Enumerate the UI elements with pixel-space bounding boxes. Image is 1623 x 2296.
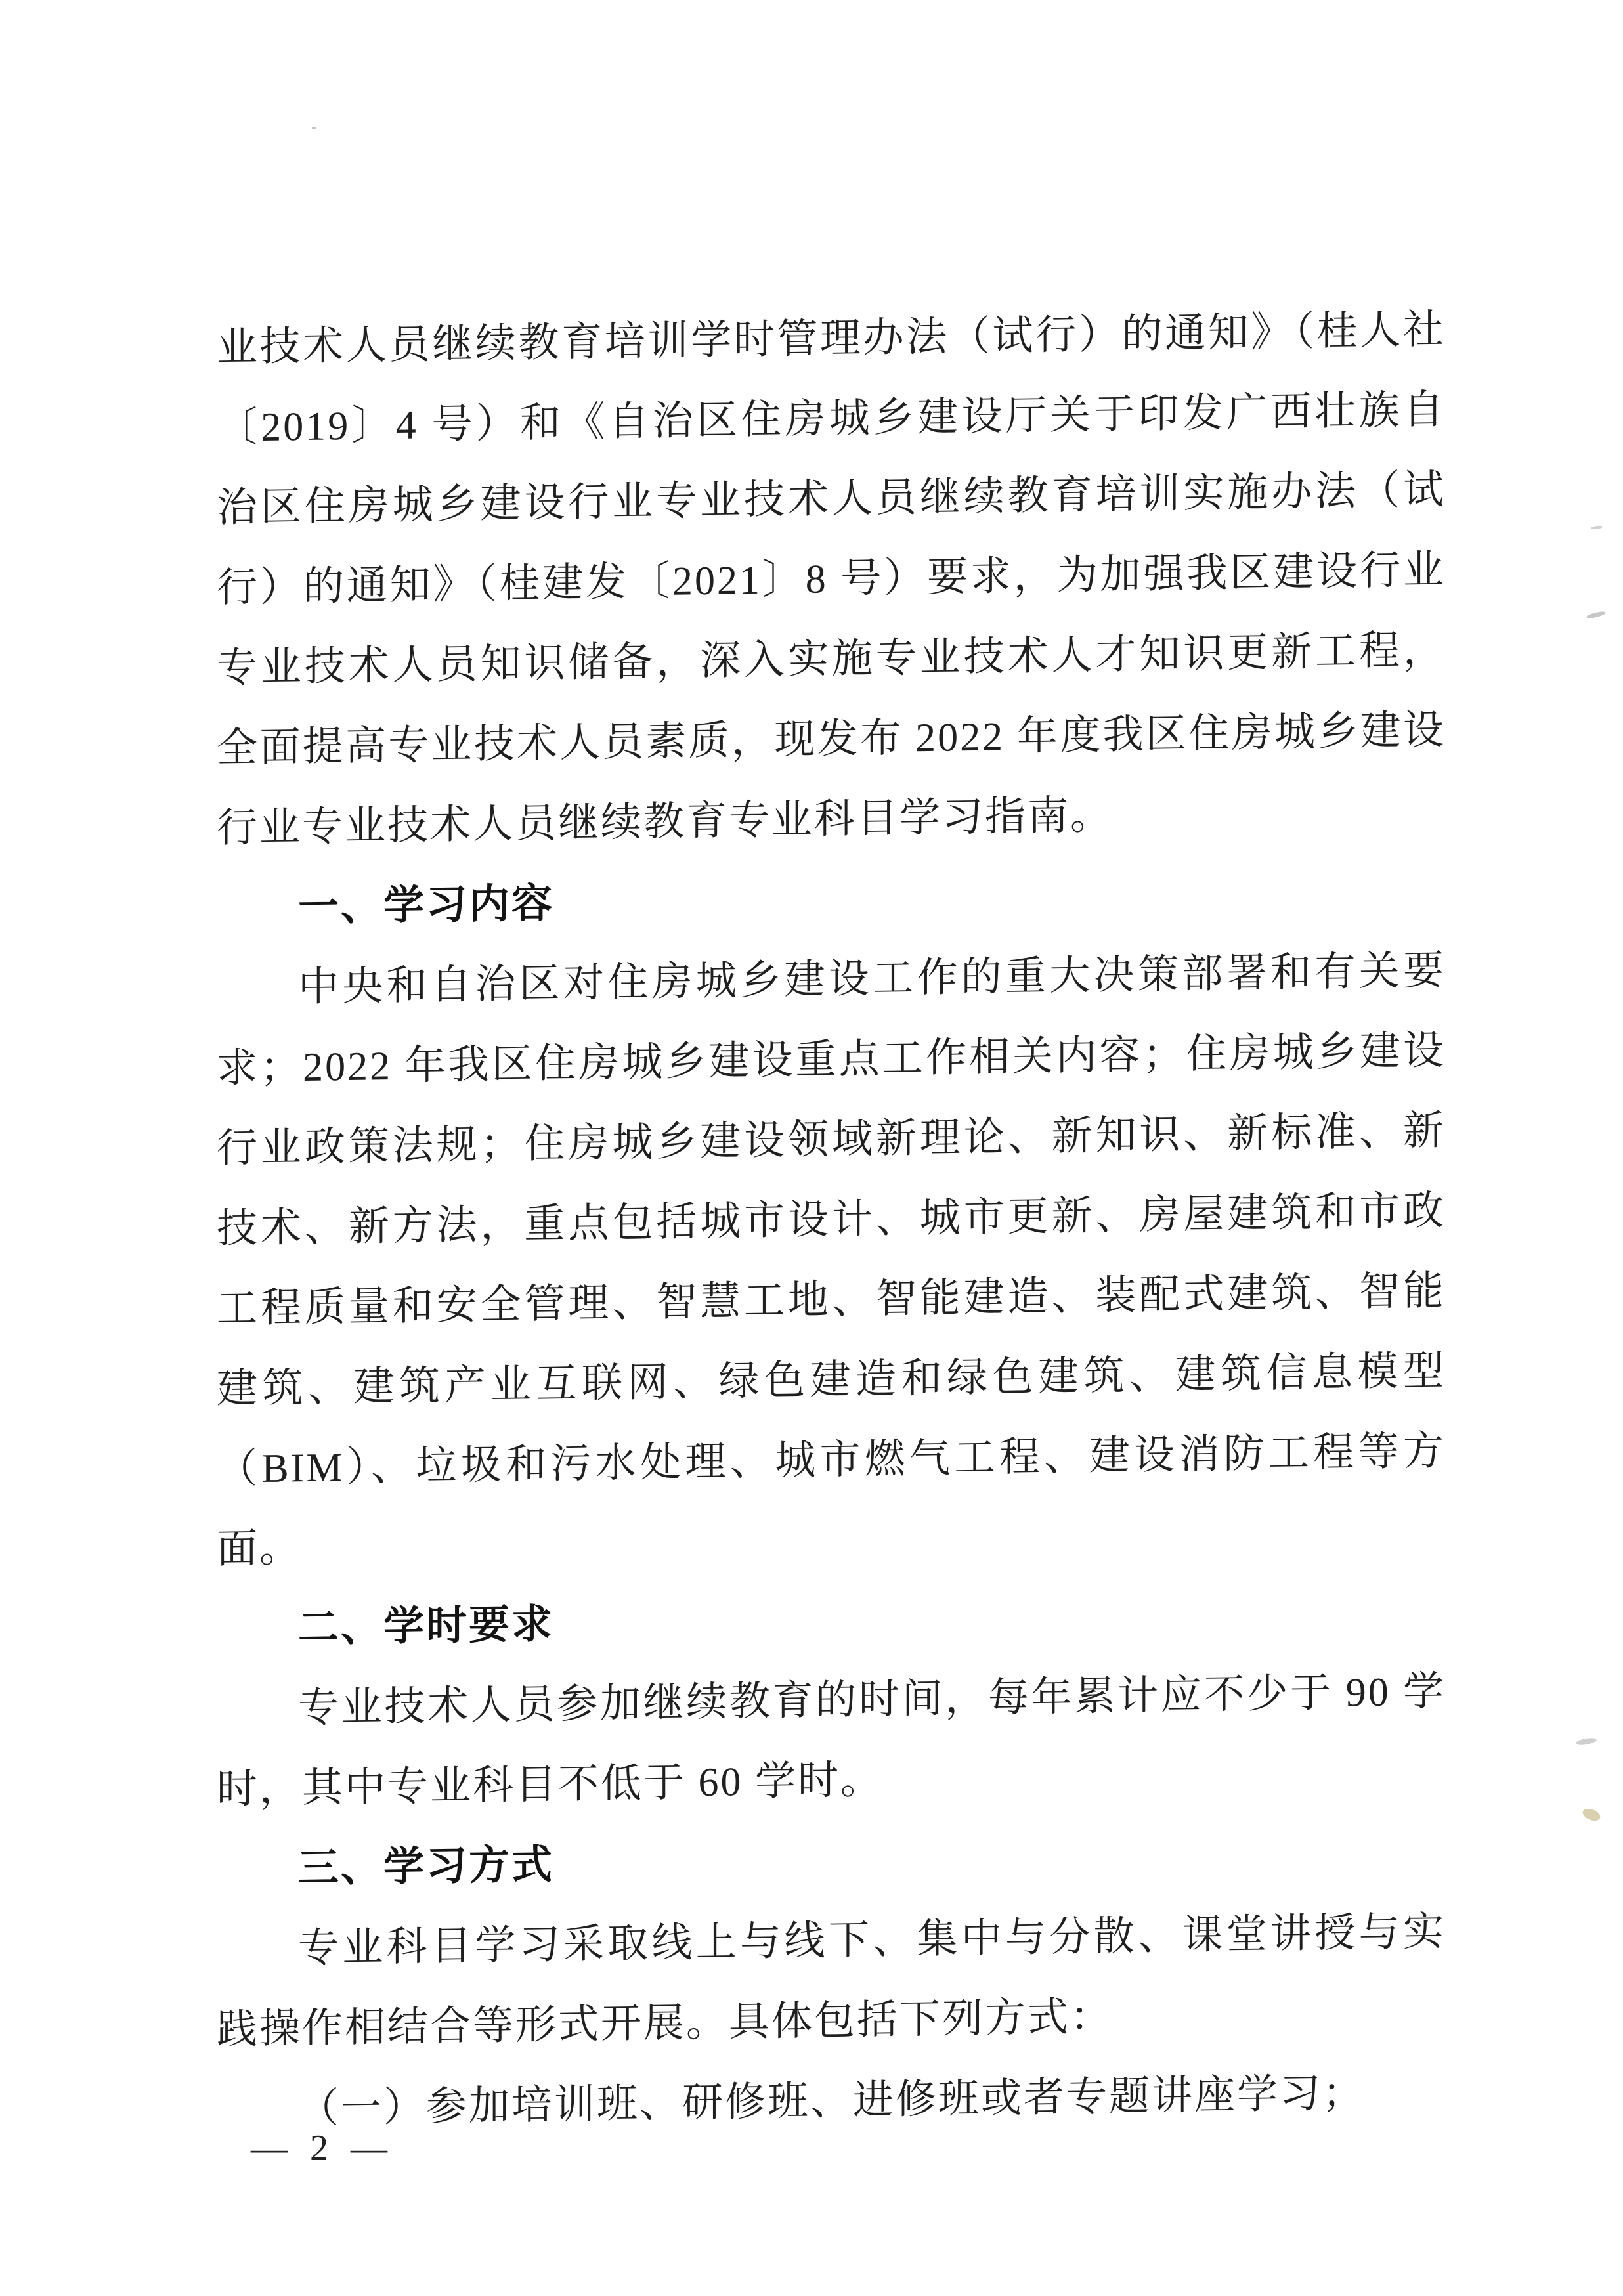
body-paragraph-learning-content: 中央和自治区对住房城乡建设工作的重大决策部署和有关要求；2022 年我区住房城乡… [217, 930, 1446, 1590]
body-paragraph-continuation: 业技术人员继续教育培训学时管理办法（试行）的通知》（桂人社〔2019〕4 号）和… [217, 290, 1446, 869]
scanned-document-page: { "page": { "footer": "— 2 —" }, "docume… [0, 0, 1623, 2296]
scan-smudge [1586, 610, 1607, 619]
scan-smudge [312, 127, 316, 129]
body-paragraph-hour-requirements: 专业技术人员参加继续教育的时间，每年累计应不少于 90 学时，其中专业科目不低于… [217, 1651, 1446, 1830]
scan-smudge [1575, 1737, 1597, 1746]
scan-smudge [1581, 1806, 1602, 1823]
document-text-block: 业技术人员继续教育培训学时管理办法（试行）的通知》（桂人社〔2019〕4 号）和… [217, 290, 1446, 2150]
scan-smudge [1591, 525, 1603, 530]
document-page: 业技术人员继续教育培训学时管理办法（试行）的通知》（桂人社〔2019〕4 号）和… [0, 0, 1623, 2296]
page-number: — 2 — [251, 2129, 394, 2168]
body-paragraph-learning-methods: 专业科目学习采取线上与线下、集中与分散、课堂讲授与实践操作相结合等形式开展。具体… [217, 1892, 1446, 2070]
